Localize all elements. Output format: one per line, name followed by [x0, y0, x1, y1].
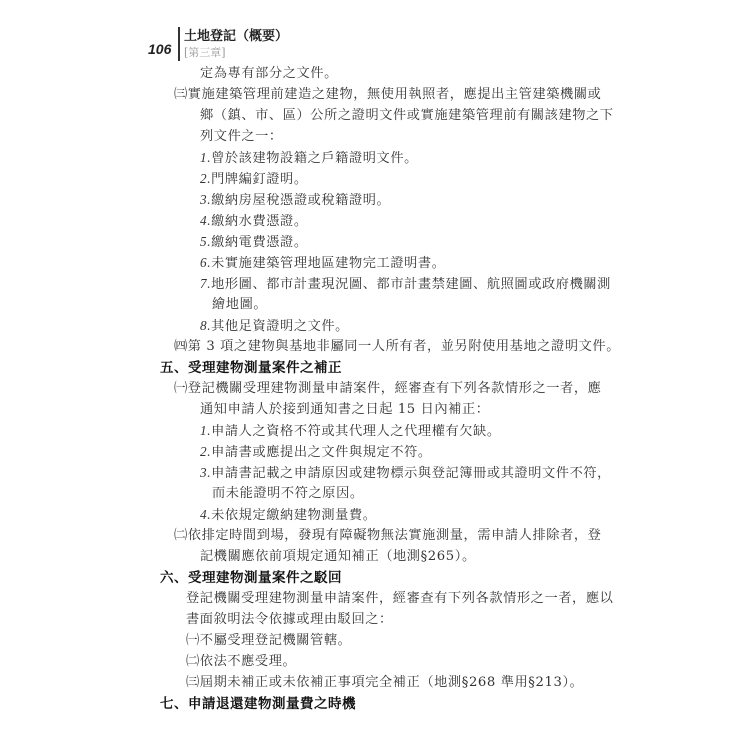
- line-text: ㈡依排定時間到場，發現有障礙物無法實施測量，需申請人排除者，登: [174, 528, 601, 543]
- line-text: 登記機關受理建物測量申請案件，經審查有下列各款情形之一者，應以: [186, 591, 613, 606]
- text-line: 8.其他足資證明之文件。: [200, 318, 349, 335]
- text-line: 3.繳納房屋稅憑證或稅籍證明。: [200, 192, 390, 209]
- line-text: ㈠登記機關受理建物測量申請案件，經審查有下列各款情形之一者，應: [174, 381, 601, 396]
- line-text: ㈢屆期未補正或未依補正事項完全補正（地測§268 準用§213）。: [186, 675, 583, 690]
- line-text: 未依規定繳納建物測量費。: [211, 508, 376, 523]
- list-number: 4.: [200, 213, 211, 228]
- text-line: 記機關應依前項規定通知補正（地測§265）。: [200, 549, 476, 565]
- line-text: 記機關應依前項規定通知補正（地測§265）。: [200, 549, 476, 564]
- line-text: 列文件之一：: [200, 129, 283, 144]
- line-text: ㈠不屬受理登記機關管轄。: [186, 633, 351, 648]
- text-line: 2.門牌編釘證明。: [200, 171, 308, 188]
- section-heading: 七、申請退還建物測量費之時機: [160, 696, 356, 712]
- line-text: 定為專有部分之文件。: [200, 66, 338, 81]
- line-text: 五、受理建物測量案件之補正: [160, 360, 342, 376]
- line-text: ㈡依法不應受理。: [186, 654, 296, 669]
- list-number: 1.: [200, 150, 211, 165]
- list-number: 2.: [200, 444, 211, 459]
- line-text: 地形圖、都市計畫現況圖、都市計畫禁建圖、航照圖或政府機關測: [211, 277, 611, 292]
- list-number: 4.: [200, 507, 211, 522]
- text-line: 而未能證明不符之原因。: [212, 486, 364, 502]
- list-number: 1.: [200, 423, 211, 438]
- text-line: ㈢實施建築管理前建造之建物，無使用執照者，應提出主管建築機關或: [174, 87, 601, 103]
- line-text: 書面敘明法令依據或理由駁回之：: [186, 612, 393, 627]
- text-line: 通知申請人於接到通知書之日起 15 日內補正：: [200, 402, 490, 418]
- text-line: 3.申請書記載之申請原因或建物標示與登記簿冊或其證明文件不符，: [200, 465, 611, 482]
- text-line: 登記機關受理建物測量申請案件，經審查有下列各款情形之一者，應以: [186, 591, 613, 607]
- list-number: 6.: [200, 255, 211, 270]
- text-line: 4.繳納水費憑證。: [200, 213, 308, 230]
- line-text: 繳納水費憑證。: [211, 214, 308, 229]
- line-text: 門牌編釘證明。: [211, 172, 308, 187]
- line-text: 申請人之資格不符或其代理人之代理權有欠缺。: [211, 424, 501, 439]
- text-line: 2.申請書或應提出之文件與規定不符。: [200, 444, 432, 461]
- line-text: 而未能證明不符之原因。: [212, 486, 364, 501]
- line-text: 其他足資證明之文件。: [211, 319, 349, 334]
- line-text: ㈣第 3 項之建物與基地非屬同一人所有者，並另附使用基地之證明文件。: [174, 339, 620, 354]
- line-text: 繳納房屋稅憑證或稅籍證明。: [211, 193, 390, 208]
- header-divider: [178, 27, 180, 61]
- book-title: 土地登記（概要）: [184, 25, 288, 44]
- text-line: 繪地圖。: [212, 297, 267, 313]
- text-line: 定為專有部分之文件。: [200, 66, 338, 82]
- list-number: 7.: [200, 276, 211, 291]
- list-number: 8.: [200, 318, 211, 333]
- line-text: 通知申請人於接到通知書之日起 15 日內補正：: [200, 402, 490, 417]
- line-text: ㈢實施建築管理前建造之建物，無使用執照者，應提出主管建築機關或: [174, 87, 601, 102]
- text-line: 列文件之一：: [200, 129, 283, 145]
- text-line: ㈡依法不應受理。: [186, 654, 296, 670]
- text-line: 6.未實施建築管理地區建物完工證明書。: [200, 255, 445, 272]
- list-number: 2.: [200, 171, 211, 186]
- line-text: 鄉（鎮、市、區）公所之證明文件或實施建築管理前有關該建物之下: [200, 108, 614, 123]
- line-text: 繪地圖。: [212, 297, 267, 312]
- page-number: 106: [148, 41, 171, 57]
- section-heading: 五、受理建物測量案件之補正: [160, 360, 342, 376]
- text-line: 1.申請人之資格不符或其代理人之代理權有欠缺。: [200, 423, 501, 440]
- text-line: ㈠不屬受理登記機關管轄。: [186, 633, 351, 649]
- chapter-label: [第三章]: [184, 44, 226, 60]
- text-line: ㈡依排定時間到場，發現有障礙物無法實施測量，需申請人排除者，登: [174, 528, 601, 544]
- line-text: 未實施建築管理地區建物完工證明書。: [211, 256, 445, 271]
- text-line: 5.繳納電費憑證。: [200, 234, 308, 251]
- text-line: ㈣第 3 項之建物與基地非屬同一人所有者，並另附使用基地之證明文件。: [174, 339, 620, 355]
- text-line: 4.未依規定繳納建物測量費。: [200, 507, 377, 524]
- list-number: 3.: [200, 465, 211, 480]
- line-text: 曾於該建物設籍之戶籍證明文件。: [211, 151, 418, 166]
- text-line: 1.曾於該建物設籍之戶籍證明文件。: [200, 150, 418, 167]
- line-text: 七、申請退還建物測量費之時機: [160, 696, 356, 712]
- text-line: 7.地形圖、都市計畫現況圖、都市計畫禁建圖、航照圖或政府機關測: [200, 276, 611, 293]
- text-line: 鄉（鎮、市、區）公所之證明文件或實施建築管理前有關該建物之下: [200, 108, 614, 124]
- list-number: 5.: [200, 234, 211, 249]
- text-line: 書面敘明法令依據或理由駁回之：: [186, 612, 393, 628]
- line-text: 申請書記載之申請原因或建物標示與登記簿冊或其證明文件不符，: [211, 466, 611, 481]
- line-text: 六、受理建物測量案件之駁回: [160, 570, 342, 586]
- text-line: ㈠登記機關受理建物測量申請案件，經審查有下列各款情形之一者，應: [174, 381, 601, 397]
- list-number: 3.: [200, 192, 211, 207]
- section-heading: 六、受理建物測量案件之駁回: [160, 570, 342, 586]
- line-text: 申請書或應提出之文件與規定不符。: [211, 445, 432, 460]
- text-line: ㈢屆期未補正或未依補正事項完全補正（地測§268 準用§213）。: [186, 675, 583, 691]
- line-text: 繳納電費憑證。: [211, 235, 308, 250]
